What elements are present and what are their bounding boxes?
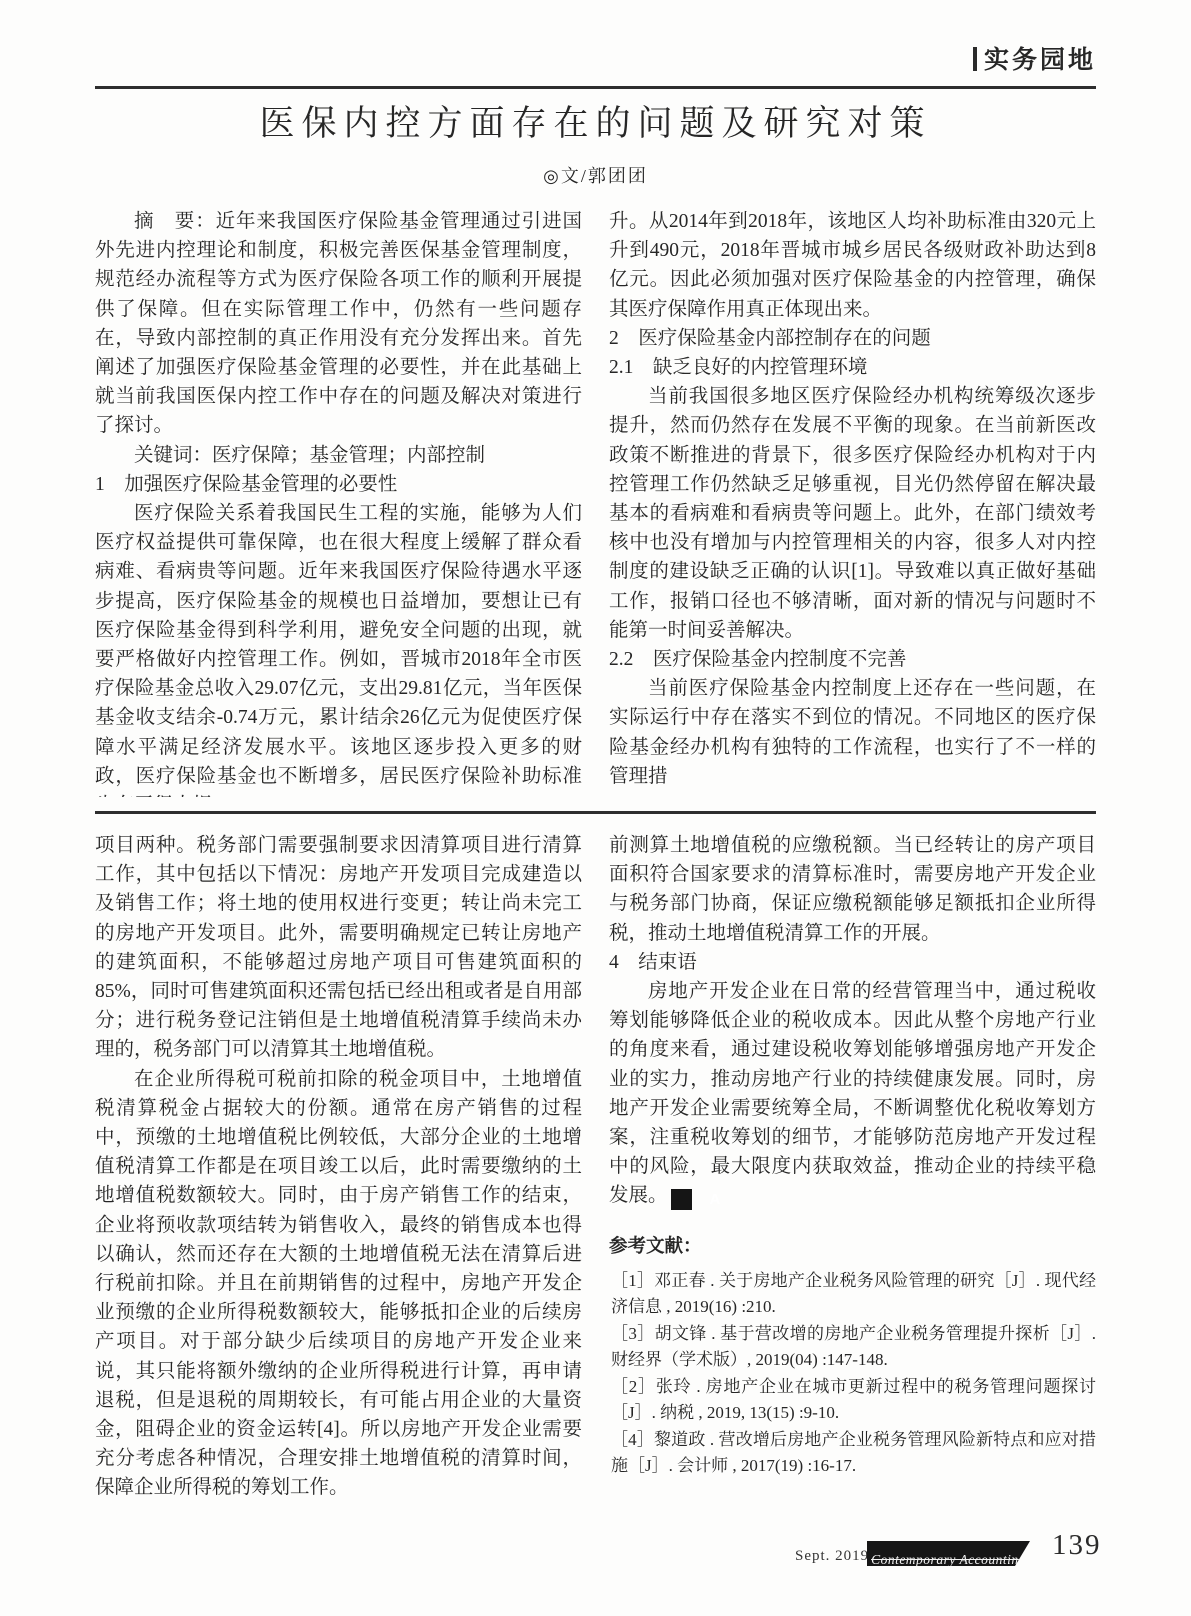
section-heading-2-1: 2.1 缺乏良好的内控管理环境 (609, 353, 1096, 382)
reference-item: ［2］张玲 . 房地产企业在城市更新过程中的税务管理问题探讨［J］. 纳税 , … (609, 1374, 1096, 1427)
page-number: 139 (1052, 1529, 1102, 1562)
body-paragraph: 项目两种。税务部门需要强制要求因清算项目进行清算工作，其中包括以下情况：房地产开… (95, 831, 582, 1065)
body-paragraph: 医疗保险关系着我国民生工程的实施，能够为人们医疗权益提供可靠保障，也在很大程度上… (95, 499, 582, 797)
journal-name-banner: Contemporary Accounting (867, 1541, 1030, 1566)
upper-article-left-column: 摘 要：近年来我国医疗保险基金管理通过引进国外先进内控理论和制度，积极完善医保基… (95, 207, 582, 797)
journal-page: 实务园地 医保内控方面存在的问题及研究对策 ◎文/郭团团 摘 要：近年来我国医疗… (0, 0, 1191, 1616)
lower-article: 项目两种。税务部门需要强制要求因清算项目进行清算工作，其中包括以下情况：房地产开… (95, 831, 1096, 1496)
journal-name-text: Contemporary Accounting (871, 1552, 1026, 1566)
article-author: ◎文/郭团团 (0, 162, 1191, 188)
keywords-line: 关键词：医疗保障；基金管理；内部控制 (95, 441, 582, 470)
reference-item: ［1］邓正春 . 关于房地产企业税务风险管理的研究［J］. 现代经济信息 , 2… (609, 1268, 1096, 1321)
body-paragraph: 当前我国很多地区医疗保险经办机构统筹级次逐步提升，然而仍然存在发展不平衡的现象。… (609, 382, 1096, 645)
section-heading-2: 2 医疗保险基金内部控制存在的问题 (609, 324, 1096, 353)
reference-item: ［4］黎道政 . 营改增后房地产企业税务管理风险新特点和应对措施［J］. 会计师… (609, 1427, 1096, 1480)
header-bar-icon (973, 47, 977, 71)
body-paragraph: 前测算土地增值税的应缴税额。当已经转让的房产项目面积符合国家要求的清算标准时，需… (609, 831, 1096, 948)
section-heading-1: 1 加强医疗保险基金管理的必要性 (95, 470, 582, 499)
article-title: 医保内控方面存在的问题及研究对策 (0, 96, 1191, 146)
section-header: 实务园地 (973, 40, 1096, 76)
lower-article-left-column: 项目两种。税务部门需要强制要求因清算项目进行清算工作，其中包括以下情况：房地产开… (95, 831, 582, 1496)
reference-item: ［3］胡文锋 . 基于营改增的房地产企业税务管理提升探析［J］. 财经界（学术版… (609, 1321, 1096, 1374)
page-footer: Sept. 2019 Contemporary Accounting 139 (95, 1537, 1096, 1573)
top-rule (95, 86, 1096, 89)
end-of-article-marker: A (671, 1189, 692, 1210)
author-affiliation: 作者单位：龙岩市安居住宅建设有限公司 (609, 1494, 1096, 1496)
footer-date: Sept. 2019 (795, 1548, 869, 1565)
abstract-paragraph: 摘 要：近年来我国医疗保险基金管理通过引进国外先进内控理论和制度，积极完善医保基… (95, 207, 582, 441)
body-paragraph: 升。从2014年到2018年，该地区人均补助标准由320元上升到490元，201… (609, 207, 1096, 324)
references-title: 参考文献： (609, 1233, 1096, 1262)
conclusion-paragraph: 房地产开发企业在日常的经营管理当中，通过税收筹划能够降低企业的税收成本。因此从整… (609, 977, 1096, 1211)
upper-article-right-column: 升。从2014年到2018年，该地区人均补助标准由320元上升到490元，201… (609, 207, 1096, 797)
section-header-label: 实务园地 (984, 47, 1096, 74)
upper-article: 摘 要：近年来我国医疗保险基金管理通过引进国外先进内控理论和制度，积极完善医保基… (95, 207, 1096, 797)
body-paragraph: 在企业所得税可税前扣除的税金项目中，土地增值税清算税金占据较大的份额。通常在房产… (95, 1065, 582, 1496)
article-divider-rule (95, 811, 1096, 814)
body-paragraph: 当前医疗保险基金内控制度上还存在一些问题，在实际运行中存在落实不到位的情况。不同… (609, 674, 1096, 791)
section-heading-2-2: 2.2 医疗保险基金内控制度不完善 (609, 645, 1096, 674)
conclusion-text: 房地产开发企业在日常的经营管理当中，通过税收筹划能够降低企业的税收成本。因此从整… (609, 981, 1096, 1206)
section-heading-4: 4 结束语 (609, 948, 1096, 977)
lower-article-right-column: 前测算土地增值税的应缴税额。当已经转让的房产项目面积符合国家要求的清算标准时，需… (609, 831, 1096, 1496)
